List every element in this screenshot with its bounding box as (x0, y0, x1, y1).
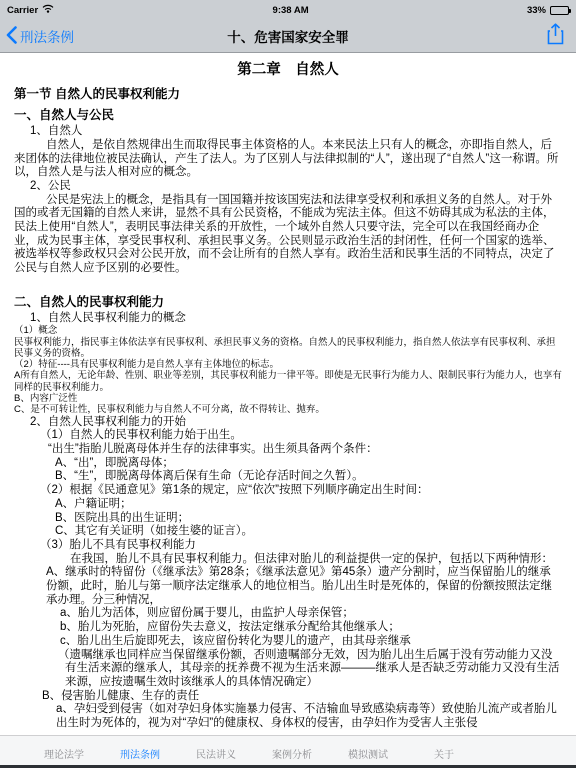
document-paragraph: “出生”指胎儿脱离母体并生存的法律事实。出生须具备两个条件： (14, 443, 562, 457)
back-button[interactable]: 刑法条例 (6, 26, 74, 47)
share-icon (547, 23, 564, 50)
document-paragraph: （2）根据《民通意见》第1条的规定，应“依次”按照下列顺序确定出生时间： (14, 484, 562, 498)
document-paragraph: A、继承时的特留份（《继承法》第28条；《继承法意见》第45条）遗产分割时，应当… (14, 566, 562, 607)
document-paragraph: 第一节 自然人的民事权利能力 (14, 88, 562, 102)
tab-theory-law[interactable]: 理论法学 (26, 746, 102, 761)
tab-criminal-law[interactable]: 刑法条例 (102, 746, 178, 761)
document-paragraph: C、其它有关证明（如接生婆的证言）。 (14, 525, 562, 539)
document-paragraph: （3）胎儿不具有民事权利能力 (14, 539, 562, 553)
chevron-left-icon (6, 26, 17, 47)
document-paragraph: b、胎儿为死胎，应留份失去意义，按法定继承分配给其他继承人； (14, 621, 562, 635)
share-button[interactable] (547, 23, 564, 50)
document-paragraph: 2、公民 (14, 180, 562, 194)
document-paragraph: 在我国，胎儿不具有民事权利能力。但法律对胎儿的利益提供一定的保护，包括以下两种情… (14, 553, 562, 567)
nav-bar: 刑法条例 十、危害国家安全罪 (0, 20, 576, 53)
document-paragraph: 公民是宪法上的概念，是指具有一国国籍并按该国宪法和法律享受权利和承担义务的自然人… (14, 194, 562, 276)
back-button-label: 刑法条例 (20, 26, 74, 46)
document-paragraph: C、是不可转让性，民事权利能力与自然人不可分离，故不得转让、抛弃。 (14, 404, 562, 415)
document-paragraph: （1）自然人的民事权利能力始于出生。 (14, 429, 562, 443)
page-title: 十、危害国家安全罪 (0, 26, 576, 46)
document-paragraph: a、孕妇受到侵害（如对孕妇身体实施暴力侵害、不洁输血导致感染病毒等）致使胎儿流产… (14, 703, 562, 730)
carrier-label: Carrier (7, 5, 38, 16)
document-paragraph: 二、自然人的民事权利能力 (14, 296, 562, 310)
document-paragraph: 1、自然人 (14, 125, 562, 139)
tab-case-study[interactable]: 案例分析 (254, 746, 330, 761)
wifi-icon (42, 4, 54, 16)
document-body[interactable]: 第二章 自然人第一节 自然人的民事权利能力一、自然人与公民1、自然人自然人，是依… (0, 54, 576, 735)
document-paragraph: c、胎儿出生后旋即死去，该应留份转化为婴儿的遗产，由其母亲继承 (14, 635, 562, 649)
document-paragraph: B、内容广泛性 (14, 393, 562, 404)
document-paragraph: 第二章 自然人 (14, 64, 562, 78)
tab-civil-law[interactable]: 民法讲义 (178, 746, 254, 761)
document-paragraph: 自然人，是依自然规律出生而取得民事主体资格的人。本来民法上只有人的概念，亦即指自… (14, 139, 562, 180)
document-paragraph: （2）特征----具有民事权利能力是自然人享有主体地位的标志。 (14, 359, 562, 370)
tab-mock-test[interactable]: 模拟测试 (330, 746, 406, 761)
document-paragraph: A、“出”，即脱离母体； (14, 457, 562, 471)
battery-percent: 33% (527, 5, 546, 16)
tab-about[interactable]: 关于 (406, 746, 482, 761)
document-paragraph: B、“生”，即脱离母体离后保有生命（无论存活时间之久暂）。 (14, 470, 562, 484)
document-paragraph: A、户籍证明； (14, 498, 562, 512)
document-paragraph: 民事权利能力，指民事主体依法享有民事权利、承担民事义务的资格。自然人的民事权利能… (14, 337, 562, 360)
document-paragraph: 1、自然人民事权利能力的概念 (14, 312, 562, 326)
document-paragraph: a、胎儿为活体，则应留份属于婴儿，由监护人母亲保管； (14, 607, 562, 621)
document-paragraph: 2、自然人民事权利能力的开始 (14, 416, 562, 430)
document-paragraph: （1）概念 (14, 325, 562, 336)
document-paragraph: A所有自然人，无论年龄、性别、职业等差别，其民事权利能力一律平等。即使是无民事行… (14, 370, 562, 393)
battery-icon (550, 6, 569, 15)
clock: 9:38 AM (273, 5, 309, 16)
status-bar: Carrier 9:38 AM 33% (0, 0, 576, 20)
document-paragraph: （遗嘱继承也同样应当保留继承份额，否则遗嘱部分无效，因为胎儿出生后属于没有劳动能… (14, 649, 562, 690)
tab-bar: 理论法学刑法条例民法讲义案例分析模拟测试关于 (0, 735, 576, 765)
document-paragraph: B、侵害胎儿健康、生存的责任 (14, 690, 562, 704)
document-paragraph: 一、自然人与公民 (14, 109, 562, 123)
app-screen: Carrier 9:38 AM 33% 刑法条例 十、危害国 (0, 0, 576, 768)
document-paragraph: B、医院出具的出生证明； (14, 512, 562, 526)
